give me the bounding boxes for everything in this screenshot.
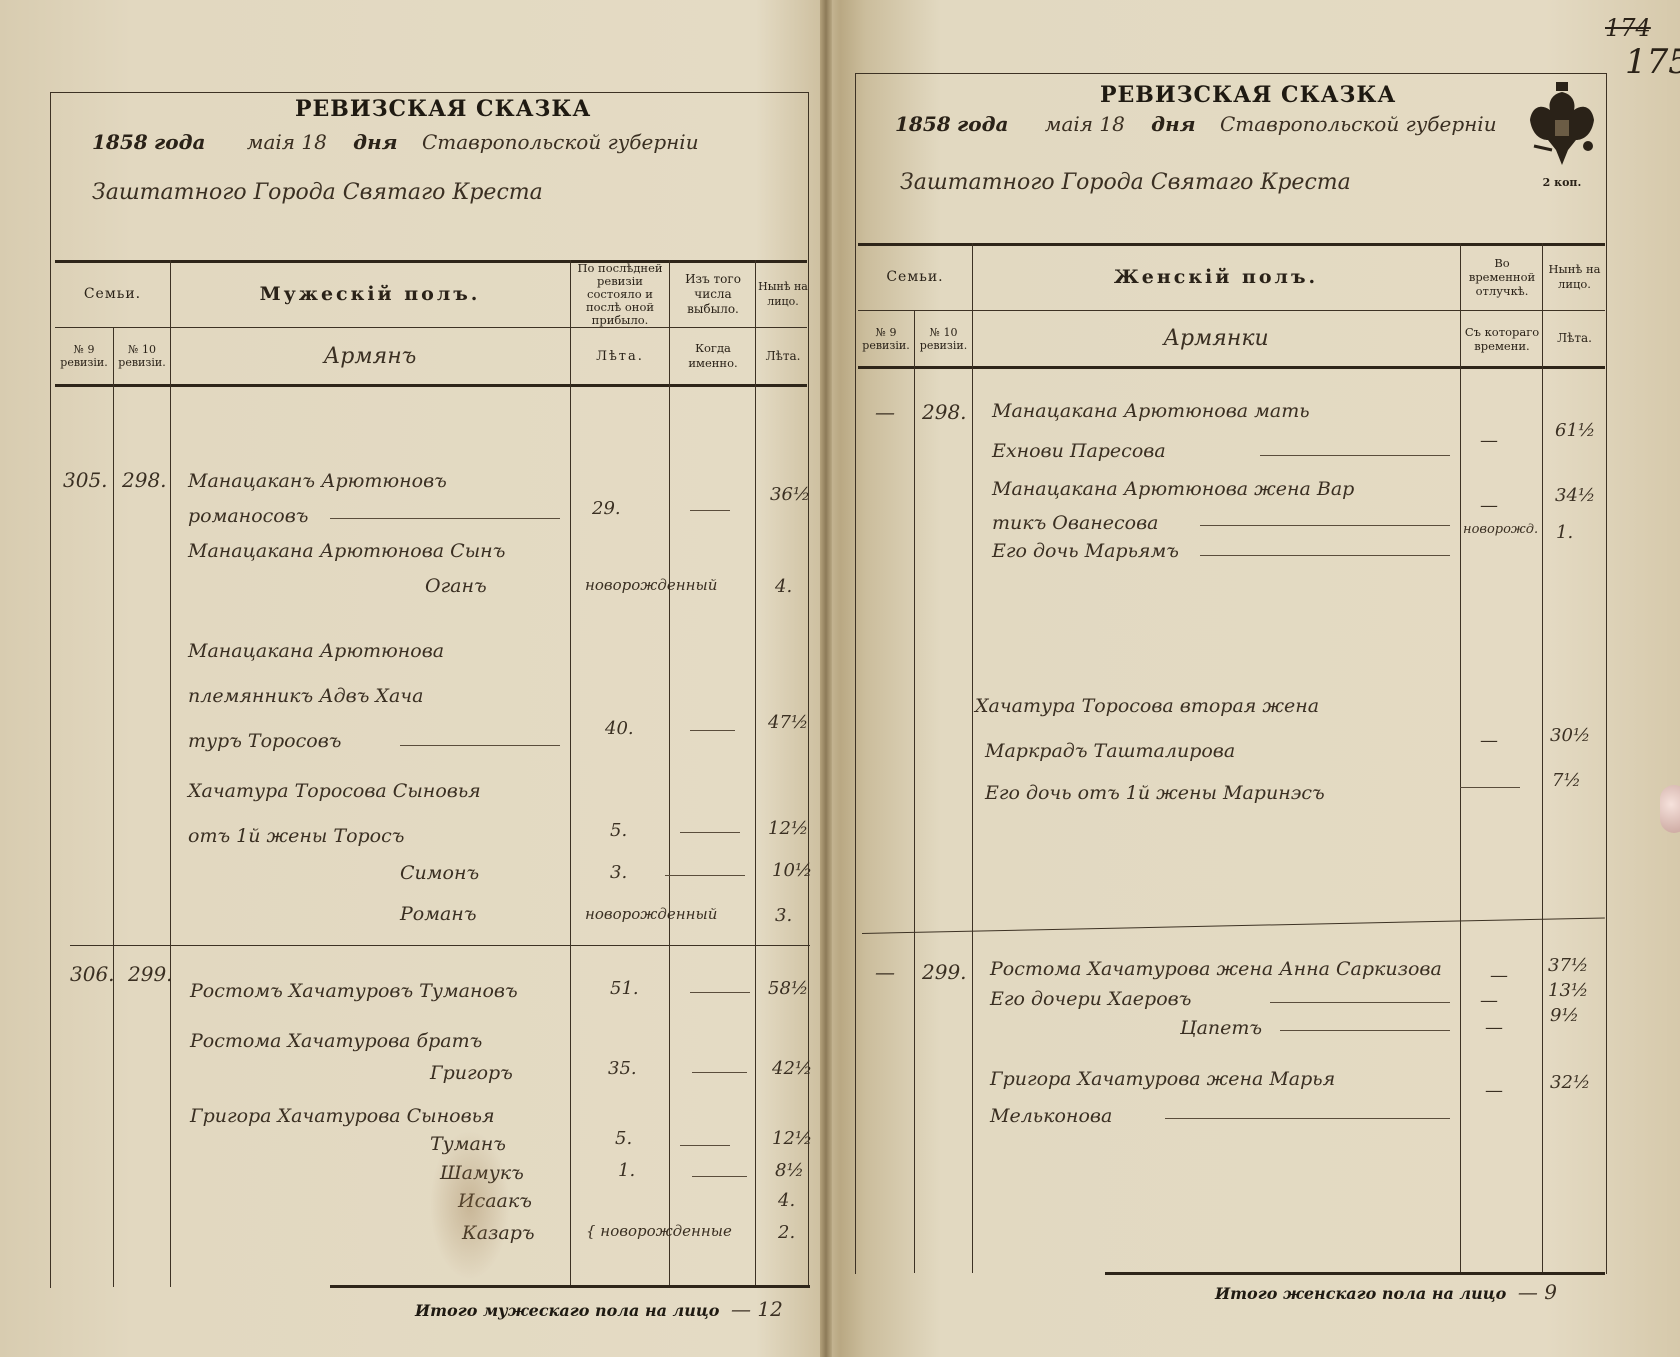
entry-line: Хачатура Торосова вторая жена <box>975 695 1319 717</box>
hdr-female: Женскій полъ. <box>972 245 1460 309</box>
bookmark-tab <box>1660 785 1680 833</box>
entry-line: Манацакана Арютюнова жена Вар <box>992 478 1354 500</box>
absence-value: — <box>1485 1017 1503 1038</box>
right-year: 1858 <box>895 112 951 136</box>
rule <box>1105 1272 1605 1275</box>
hdr-ethnicity: Армянки <box>972 312 1460 365</box>
footer-total: 9 <box>1544 1280 1557 1304</box>
filler-dash <box>1165 1118 1450 1119</box>
right-footer: Итого женскаго пола на лицо — 9 <box>1215 1280 1557 1304</box>
entry-line: Манацакана Арютюнова мать <box>992 400 1310 422</box>
entry-line: Его дочь отъ 1й жены Маринэсъ <box>985 782 1325 804</box>
hdr-rev9: № 9 ревизіи. <box>858 312 914 365</box>
rev9-number: — <box>875 960 895 984</box>
entry-line: Григора Хачатурова жена Марья <box>990 1068 1335 1090</box>
rule <box>858 310 1605 311</box>
age-present: 7½ <box>1552 770 1581 791</box>
filler-dash <box>1200 555 1450 556</box>
rule <box>858 366 1605 369</box>
revenue-stamp: 2 коп. <box>1522 80 1602 190</box>
filler-dash <box>1200 525 1450 526</box>
age-present: 30½ <box>1550 725 1590 746</box>
rule <box>1542 243 1543 1273</box>
absence-value: — <box>1490 965 1508 986</box>
hdr-since: Съ котораго времени. <box>1462 312 1542 365</box>
rule <box>972 243 973 1273</box>
entry-line: Ростома Хачатурова жена Анна Саркизова <box>990 958 1442 980</box>
entry-line: Цапетъ <box>1180 1017 1262 1039</box>
rule <box>914 310 915 1273</box>
entry-line: Его дочери Хаеровъ <box>990 988 1191 1010</box>
entry-line: Его дочь Марьямъ <box>992 540 1179 562</box>
right-year-suffix: года <box>957 112 1008 136</box>
age-present: 9½ <box>1550 1005 1579 1026</box>
absence-value: новорожд. <box>1463 522 1538 537</box>
right-title: РЕВИЗСКАЯ СКАЗКА <box>1100 82 1396 108</box>
right-month-day: маія 18 <box>1045 112 1125 136</box>
rule <box>1460 243 1461 1273</box>
filler-dash <box>1280 1030 1450 1031</box>
right-province: Ставропольской губерніи <box>1220 112 1497 136</box>
hdr-years: Лѣта. <box>1544 312 1605 365</box>
entry-line: Ехнови Паресова <box>992 440 1166 462</box>
absence-value: — <box>1480 430 1498 451</box>
age-present: 34½ <box>1555 485 1595 506</box>
hdr-present: Нынѣ на лицо. <box>1544 245 1605 309</box>
absence-value: — <box>1485 1080 1503 1101</box>
right-day-word: дня <box>1151 112 1195 136</box>
double-headed-eagle-icon <box>1522 80 1602 170</box>
entry-line: тикъ Ованесова <box>992 512 1159 534</box>
rev10-number: 298. <box>922 400 967 424</box>
hdr-absence: Во временной отлучкѣ. <box>1462 245 1542 309</box>
filler-dash <box>1460 787 1520 788</box>
rev10-number: 299. <box>922 960 967 984</box>
right-place-line: Заштатного Города Святаго Креста <box>900 170 1351 195</box>
absence-value: — <box>1480 495 1498 516</box>
age-present: 1. <box>1556 522 1573 543</box>
rev9-number: — <box>875 400 895 424</box>
age-present: 32½ <box>1550 1072 1590 1093</box>
age-present: 61½ <box>1555 420 1595 441</box>
age-present: 13½ <box>1548 980 1588 1001</box>
stamp-value: 2 коп. <box>1522 176 1602 189</box>
absence-value: — <box>1480 730 1498 751</box>
right-page: РЕВИЗСКАЯ СКАЗКА 1858 года маія 18 дня С… <box>0 0 1680 1357</box>
entry-line: Мельконова <box>990 1105 1112 1127</box>
footer-label: Итого женскаго пола на лицо <box>1215 1284 1506 1303</box>
hdr-families: Семьи. <box>858 245 972 309</box>
age-present: 37½ <box>1548 955 1588 976</box>
absence-value: — <box>1480 990 1498 1011</box>
entry-line: Маркрадъ Ташталирова <box>985 740 1235 762</box>
filler-dash <box>1270 1002 1450 1003</box>
filler-dash <box>1260 455 1450 456</box>
right-date-line: 1858 года маія 18 дня Ставропольской губ… <box>895 112 1497 136</box>
hdr-rev10: № 10 ревизіи. <box>915 312 972 365</box>
